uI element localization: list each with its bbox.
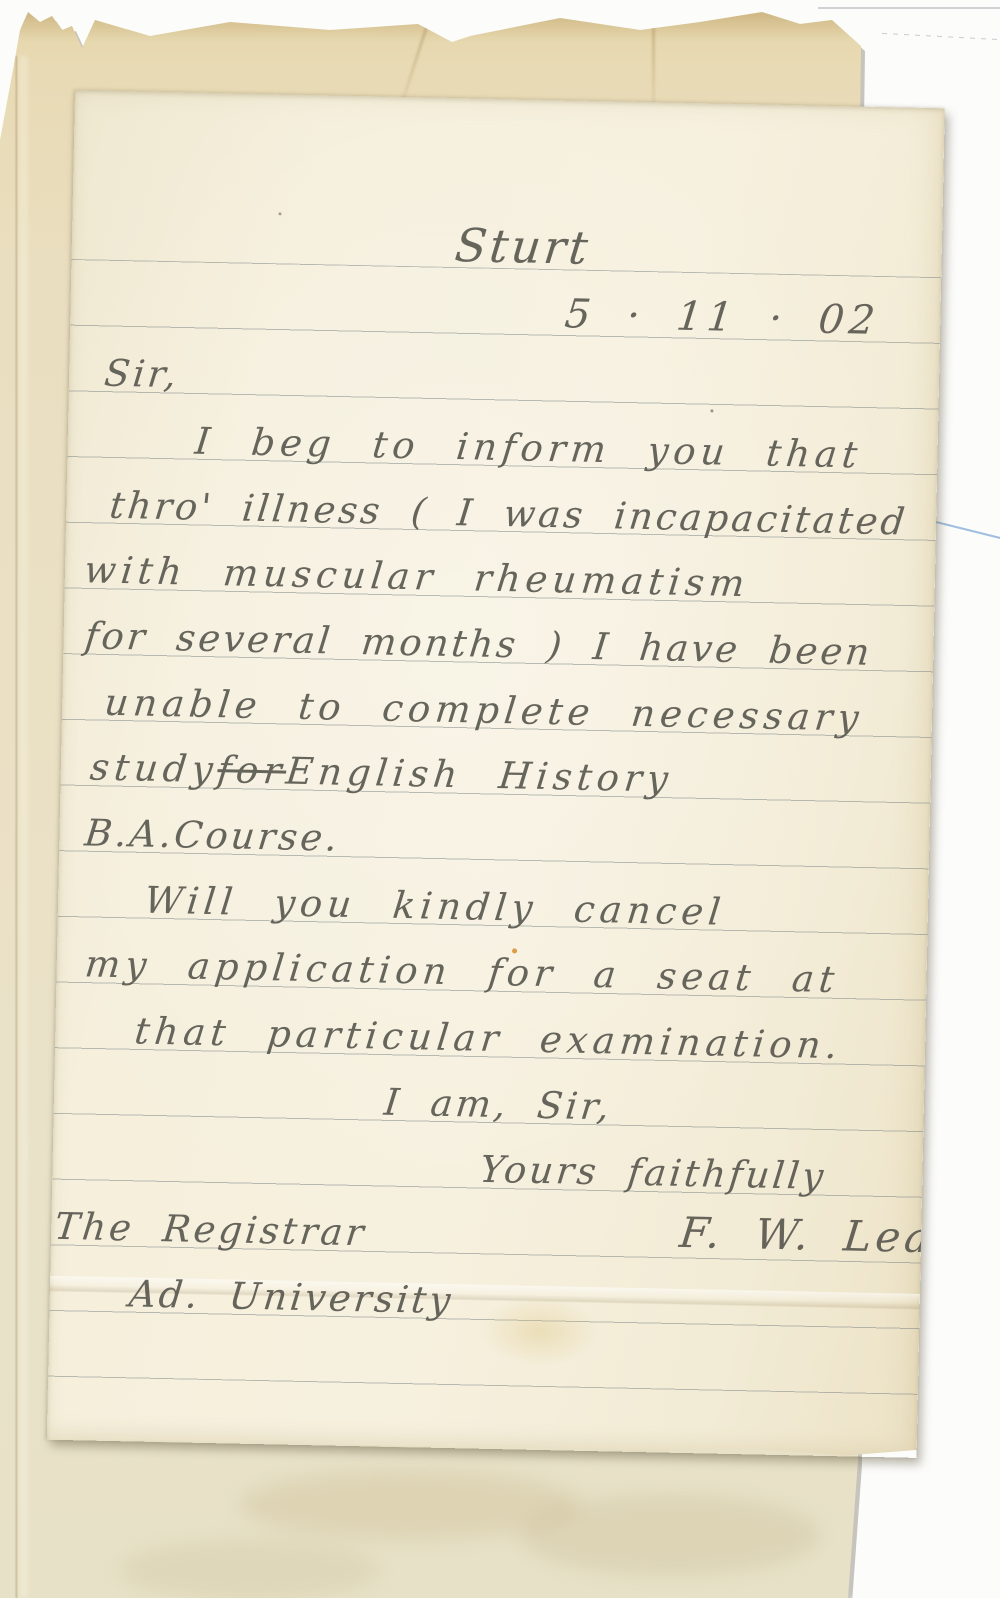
blue-pen-mark xyxy=(936,521,1000,540)
body-text: English History xyxy=(284,753,675,798)
scanned-letter-page: Sturt 5 · 11 · 02 Sir, I beg to inform y… xyxy=(0,0,1000,1598)
backing-stain xyxy=(120,1540,380,1598)
backing-top-edge-browning xyxy=(8,8,854,46)
letter-line-closing-2: Yours faithfully xyxy=(478,1140,829,1195)
body-text: B.A.Course. xyxy=(83,814,342,856)
salutation-text: Sir, xyxy=(103,355,182,393)
backing-crease xyxy=(652,8,655,104)
place-text: Sturt xyxy=(453,222,593,271)
letter-line-addressee-1: The Registrar xyxy=(53,1197,370,1251)
closing-text: Yours faithfully xyxy=(478,1151,828,1195)
signature-text: F. W. Leak. xyxy=(678,1212,983,1260)
letter-speck xyxy=(278,212,281,215)
letter-line-date: 5 · 11 · 02 xyxy=(563,286,883,340)
date-text: 5 · 11 · 02 xyxy=(563,294,882,341)
addressee-text: The Registrar xyxy=(53,1208,369,1251)
letter-line-addressee-2: Ad. University xyxy=(127,1264,456,1319)
letter-line-place: Sturt xyxy=(453,212,594,271)
letter-speck xyxy=(710,409,713,412)
backing-fold-line xyxy=(15,56,18,1598)
letter-body-line: B.A.Course. xyxy=(83,803,343,856)
letter-sheet: Sturt 5 · 11 · 02 Sir, I beg to inform y… xyxy=(47,90,945,1458)
scan-artifact-line xyxy=(818,7,1000,9)
letter-signature: F. W. Leak. xyxy=(678,1206,984,1260)
body-text: study xyxy=(88,749,219,789)
letter-sheet-wrap: Sturt 5 · 11 · 02 Sir, I beg to inform y… xyxy=(47,90,945,1458)
backing-stain xyxy=(520,1495,820,1575)
scan-artifact-dotted-line xyxy=(882,33,1000,40)
letter-line-salutation: Sir, xyxy=(103,344,183,393)
backing-fold-highlight xyxy=(19,56,28,1598)
closing-text: I am, Sir, xyxy=(382,1084,614,1126)
addressee-text: Ad. University xyxy=(127,1275,455,1319)
struck-word: for xyxy=(216,751,289,789)
body-text: Will you kindly cancel xyxy=(143,882,728,931)
letter-line-closing-1: I am, Sir, xyxy=(382,1073,615,1126)
